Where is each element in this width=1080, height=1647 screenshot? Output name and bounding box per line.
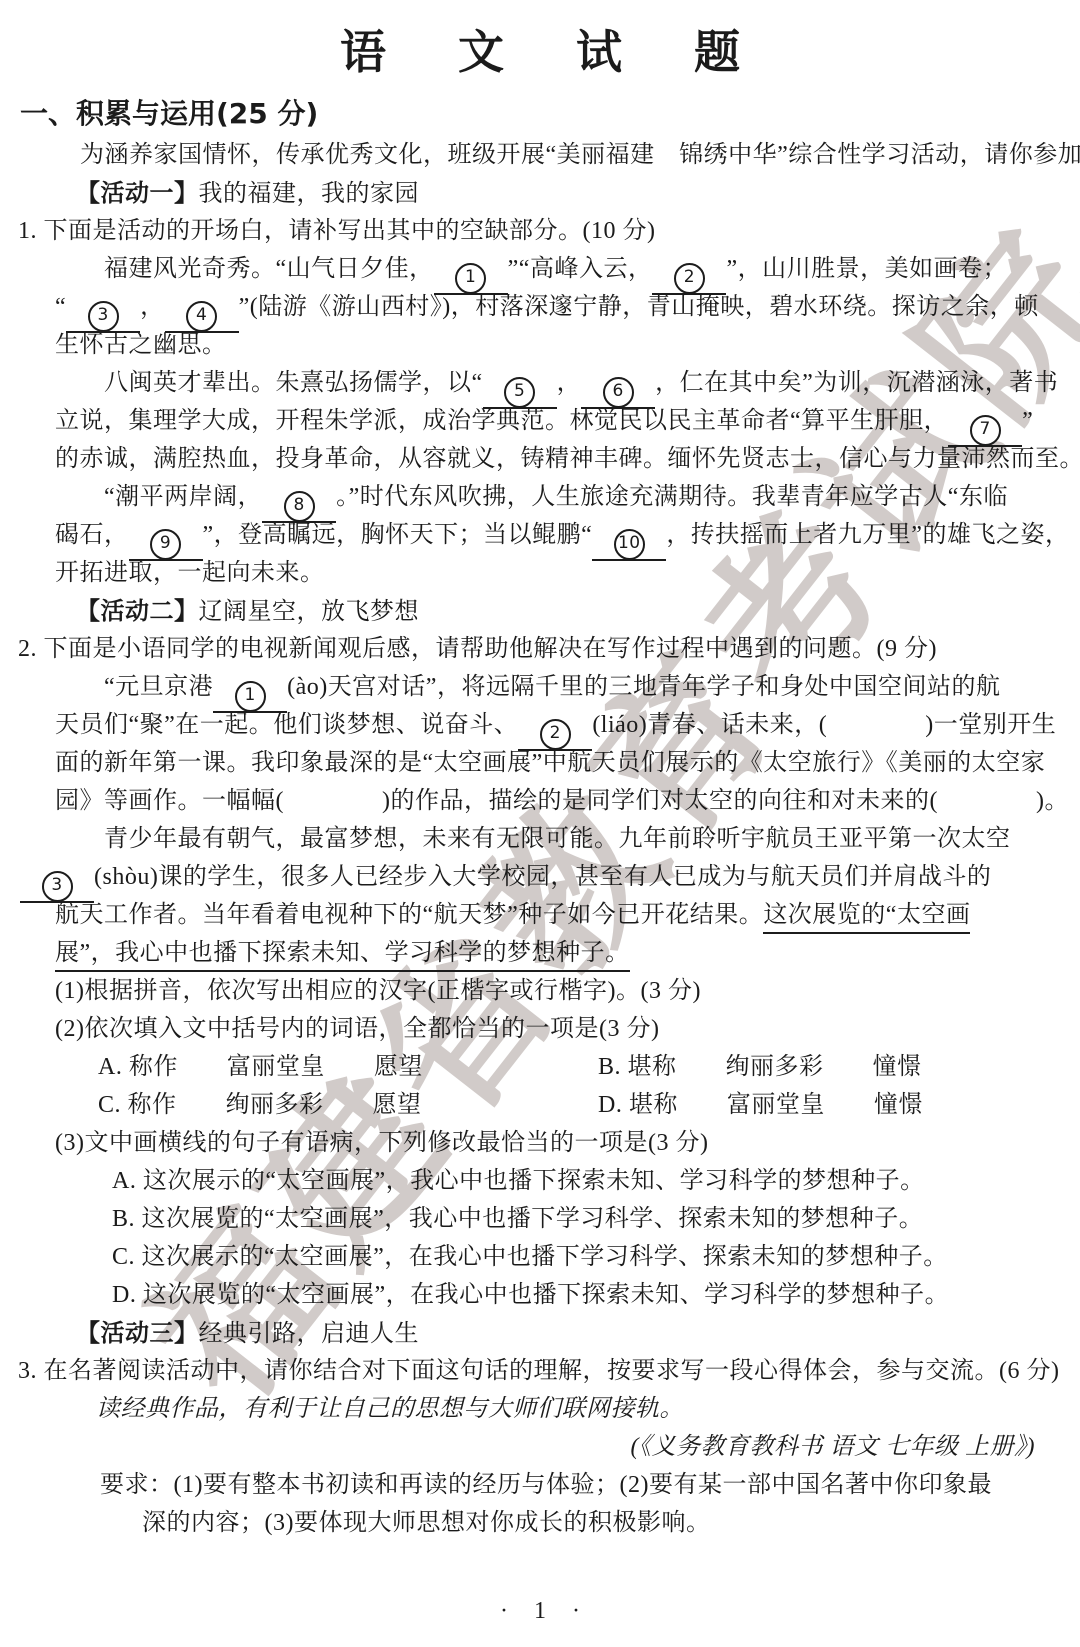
text-line: A. 这次展示的“太空画展”，我心中也播下探索未知、学习科学的梦想种子。	[0, 1162, 1080, 1200]
text-line: 生怀古之幽思。	[0, 326, 1080, 364]
text-line: 3. 在名著阅读活动中，请你结合对下面这句话的理解，按要求写一段心得体会，参与交…	[0, 1352, 1080, 1390]
text-segment: 【活动二】	[76, 597, 199, 625]
text-line: A. 称作 富丽堂皇 愿望B. 堪称 绚丽多彩 憧憬	[0, 1048, 1080, 1086]
text-segment: 读经典作品，有利于让自己的思想与大师们联网接轨。	[96, 1396, 684, 1422]
text-segment: (1)根据拼音，依次写出相应的汉字(正楷字或行楷字)。(3 分)	[55, 978, 701, 1004]
text-segment: 经典引路，启迪人生	[199, 1321, 420, 1347]
text-line: 3(shòu)课的学生，很多人已经步入大学校园，甚至有人已成为与航天员们并肩战斗…	[0, 858, 1080, 896]
text-line: 1. 下面是活动的开场白，请补写出其中的空缺部分。(10 分)	[0, 212, 1080, 250]
text-segment: B. 堪称 绚丽多彩 憧憬	[598, 1054, 922, 1080]
text-segment: 1. 下面是活动的开场白，请补写出其中的空缺部分。(10 分)	[18, 218, 655, 244]
text-line: 八闽英才辈出。朱熹弘扬儒学，以“5，6，仁在其中矣”为训，沉潜涵泳，著书	[0, 364, 1080, 402]
exam-paper-page: 福建省教育考试院 语文试题 一、积累与运用(25 分) 为涵养家国情怀，传承优秀…	[0, 0, 1080, 1647]
text-segment: 碣石，	[55, 522, 129, 548]
text-segment: ”(陆游《游山西村》)，村落深邃宁静，青山掩映，碧水环绕。探访之余，顿	[239, 294, 1039, 320]
text-line: (1)根据拼音，依次写出相应的汉字(正楷字或行楷字)。(3 分)	[0, 972, 1080, 1010]
text-line: C. 称作 绚丽多彩 愿望D. 堪称 富丽堂皇 憧憬	[0, 1086, 1080, 1124]
page-number: · 1 ·	[0, 1598, 1080, 1625]
text-segment: D. 堪称 富丽堂皇 憧憬	[598, 1092, 923, 1118]
text-line: (《义务教育教科书 语文 七年级 上册》)	[0, 1428, 1080, 1466]
text-segment: 青少年最有朝气，最富梦想，未来有无限可能。九年前聆听宇航员王亚平第一次太空	[104, 826, 1011, 852]
text-segment: (liáo)青春、话未来，( )一堂别开生	[592, 712, 1056, 738]
text-line: 【活动三】经典引路，启迪人生	[0, 1314, 1080, 1352]
text-line: 立说，集理学大成，开程朱学派，成治学典范。林觉民以民主革命者“算平生肝胆，7”	[0, 402, 1080, 440]
text-line: 展”，我心中也播下探索未知、学习科学的梦想种子。	[0, 934, 1080, 972]
text-line: 的赤诚，满腔热血，投身革命，从容就义，铸精神丰碑。缅怀先贤志士，信心与力量沛然而…	[0, 440, 1080, 478]
text-segment: D. 这次展览的“太空画展”，在我心中也播下探索未知、学习科学的梦想种子。	[112, 1282, 949, 1308]
text-segment: (2)依次填入文中括号内的词语，全都恰当的一项是(3 分)	[55, 1016, 659, 1042]
text-segment: 福建风光奇秀。“山气日夕佳，	[104, 256, 434, 282]
text-line: 深的内容；(3)要体现大师思想对你成长的积极影响。	[0, 1504, 1080, 1542]
text-line: (3)文中画横线的句子有语病，下列修改最恰当的一项是(3 分)	[0, 1124, 1080, 1162]
text-segment: ”“高峰入云，	[508, 256, 653, 282]
text-line: 碣石，9”，登高瞩远，胸怀天下；当以鲲鹏“10，抟扶摇而上者九万里”的雄飞之姿，	[0, 516, 1080, 554]
text-segment: 2. 下面是小语同学的电视新闻观后感，请帮助他解决在写作过程中遇到的问题。(9 …	[18, 636, 937, 662]
text-line: (2)依次填入文中括号内的词语，全都恰当的一项是(3 分)	[0, 1010, 1080, 1048]
text-segment: ”，山川胜景，美如画卷；	[726, 256, 1007, 282]
text-segment: C. 这次展示的“太空画展”，在我心中也播下学习科学、探索未知的梦想种子。	[112, 1244, 948, 1270]
text-segment: ，仁在其中矣”为训，沉潜涵泳，著书	[655, 370, 1058, 396]
text-segment: ，	[557, 370, 582, 396]
text-line: “元旦京港1(ào)天宫对话”，将远隔千里的三地青年学子和身处中国空间站的航	[0, 668, 1080, 706]
text-line: 开拓进取，一起向未来。	[0, 554, 1080, 592]
text-segment: 园》等画作。一幅幅( )的作品，描绘的是同学们对太空的向往和对未来的( )。	[55, 788, 1069, 814]
text-line: 【活动二】辽阔星空，放飞梦想	[0, 592, 1080, 630]
section-heading: 一、积累与运用(25 分)	[0, 96, 1080, 132]
document-lines: 为涵养家国情怀，传承优秀文化，班级开展“美丽福建 锦绣中华”综合性学习活动，请你…	[0, 136, 1080, 1542]
text-segment: (shòu)课的学生，很多人已经步入大学校园，甚至有人已成为与航天员们并肩战斗的	[94, 864, 991, 890]
page-content: 语文试题 一、积累与运用(25 分) 为涵养家国情怀，传承优秀文化，班级开展“美…	[0, 0, 1080, 1542]
text-segment: ”，登高瞩远，胸怀天下；当以鲲鹏“	[203, 522, 593, 548]
text-line: “3，4”(陆游《游山西村》)，村落深邃宁静，青山掩映，碧水环绕。探访之余，顿	[0, 288, 1080, 326]
text-segment: “元旦京港	[104, 674, 213, 700]
text-segment: 要求：(1)要有整本书初读和再读的经历与体验；(2)要有某一部中国名著中你印象最	[100, 1472, 992, 1498]
text-line: 园》等画作。一幅幅( )的作品，描绘的是同学们对太空的向往和对未来的( )。	[0, 782, 1080, 820]
text-line: 面的新年第一课。我印象最深的是“太空画展”中航天员们展示的《太空旅行》《美丽的太…	[0, 744, 1080, 782]
text-segment: 深的内容；(3)要体现大师思想对你成长的积极影响。	[142, 1510, 710, 1536]
text-segment: 开拓进取，一起向未来。	[55, 560, 325, 586]
text-segment: ，	[140, 294, 165, 320]
text-segment: 天员们“聚”在一起。他们谈梦想、说奋斗、	[55, 712, 518, 738]
underlined-text: 展”，我心中也播下探索未知、学习科学的梦想种子。	[55, 940, 630, 972]
text-segment: 为涵养家国情怀，传承优秀文化，班级开展“美丽福建 锦绣中华”综合性学习活动，请你…	[80, 142, 1080, 168]
text-segment: 【活动一】	[76, 179, 199, 207]
text-segment: 【活动三】	[76, 1319, 199, 1347]
text-segment: (《义务教育教科书 语文 七年级 上册》)	[631, 1434, 1035, 1460]
text-line: 2. 下面是小语同学的电视新闻观后感，请帮助他解决在写作过程中遇到的问题。(9 …	[0, 630, 1080, 668]
text-segment: “	[55, 294, 66, 320]
text-segment: ，抟扶摇而上者九万里”的雄飞之姿，	[666, 522, 1069, 548]
text-segment: (ào)天宫对话”，将远隔千里的三地青年学子和身处中国空间站的航	[287, 674, 1000, 700]
text-segment: ”	[1022, 408, 1033, 434]
text-line: 读经典作品，有利于让自己的思想与大师们联网接轨。	[0, 1390, 1080, 1428]
text-segment: C. 称作 绚丽多彩 愿望	[98, 1086, 598, 1124]
text-line: D. 这次展览的“太空画展”，在我心中也播下探索未知、学习科学的梦想种子。	[0, 1276, 1080, 1314]
text-segment: 。”时代东风吹拂，人生旅途充满期待。我辈青年应学古人“东临	[336, 484, 1008, 510]
text-segment: A. 这次展示的“太空画展”，我心中也播下探索未知、学习科学的梦想种子。	[112, 1168, 925, 1194]
text-segment: 的赤诚，满腔热血，投身革命，从容就义，铸精神丰碑。缅怀先贤志士，信心与力量沛然而…	[55, 446, 1080, 472]
text-line: 天员们“聚”在一起。他们谈梦想、说奋斗、2(liáo)青春、话未来，( )一堂别…	[0, 706, 1080, 744]
text-line: 福建风光奇秀。“山气日夕佳，1”“高峰入云，2”，山川胜景，美如画卷；	[0, 250, 1080, 288]
text-segment: 立说，集理学大成，开程朱学派，成治学典范。林觉民以民主革命者“算平生肝胆，	[55, 408, 948, 434]
text-line: 为涵养家国情怀，传承优秀文化，班级开展“美丽福建 锦绣中华”综合性学习活动，请你…	[0, 136, 1080, 174]
text-segment: (3)文中画横线的句子有语病，下列修改最恰当的一项是(3 分)	[55, 1130, 708, 1156]
text-segment: 辽阔星空，放飞梦想	[199, 599, 420, 625]
text-segment: 航天工作者。当年看着电视种下的“航天梦”种子如今已开花结果。	[55, 902, 763, 928]
text-segment: A. 称作 富丽堂皇 愿望	[98, 1048, 598, 1086]
text-segment: B. 这次展览的“太空画展”，我心中也播下学习科学、探索未知的梦想种子。	[112, 1206, 923, 1232]
page-title: 语文试题	[0, 16, 1080, 80]
text-line: B. 这次展览的“太空画展”，我心中也播下学习科学、探索未知的梦想种子。	[0, 1200, 1080, 1238]
text-segment: 面的新年第一课。我印象最深的是“太空画展”中航天员们展示的《太空旅行》《美丽的太…	[55, 750, 1045, 776]
text-line: 【活动一】我的福建，我的家园	[0, 174, 1080, 212]
text-segment: 八闽英才辈出。朱熹弘扬儒学，以“	[104, 370, 483, 396]
underlined-text: 这次展览的“太空画	[763, 902, 970, 934]
text-line: 要求：(1)要有整本书初读和再读的经历与体验；(2)要有某一部中国名著中你印象最	[0, 1466, 1080, 1504]
text-line: “潮平两岸阔，8。”时代东风吹拂，人生旅途充满期待。我辈青年应学古人“东临	[0, 478, 1080, 516]
text-segment: “潮平两岸阔，	[104, 484, 262, 510]
text-segment: 3. 在名著阅读活动中，请你结合对下面这句话的理解，按要求写一段心得体会，参与交…	[18, 1358, 1059, 1384]
text-segment: 我的福建，我的家园	[199, 181, 420, 207]
text-line: 航天工作者。当年看着电视种下的“航天梦”种子如今已开花结果。这次展览的“太空画	[0, 896, 1080, 934]
text-line: 青少年最有朝气，最富梦想，未来有无限可能。九年前聆听宇航员王亚平第一次太空	[0, 820, 1080, 858]
text-line: C. 这次展示的“太空画展”，在我心中也播下学习科学、探索未知的梦想种子。	[0, 1238, 1080, 1276]
text-segment: 生怀古之幽思。	[55, 332, 227, 358]
